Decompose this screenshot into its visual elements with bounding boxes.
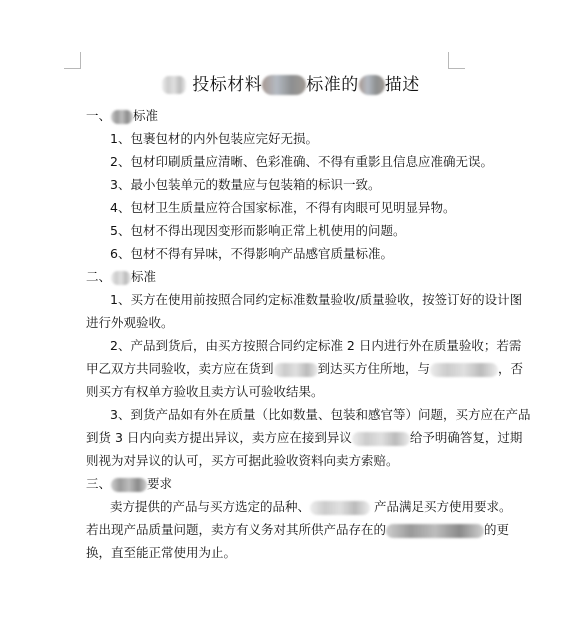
heading-prefix: 一、 bbox=[86, 108, 111, 123]
redacted-text bbox=[262, 75, 306, 95]
list-item: 1、包裹包材的内外包装应完好无损。 bbox=[86, 127, 496, 150]
paragraph-line: 3、到货产品如有外在质量（比如数量、包装和感官等）问题，买方应在产品 bbox=[86, 403, 496, 426]
paragraph-line: 进行外观验收。 bbox=[86, 311, 496, 334]
text-part: 的更 bbox=[484, 522, 509, 537]
redacted-text bbox=[111, 478, 147, 492]
paragraph-line: 甲乙双方共同验收，卖方应在货到到达买方住所地，与，否 bbox=[86, 357, 496, 380]
text-part: 到货 3 日内向卖方提出异议，卖方应在接到异议 bbox=[86, 430, 352, 445]
heading-suffix: 标准 bbox=[133, 108, 158, 123]
redacted-text bbox=[162, 76, 186, 94]
heading-suffix: 要求 bbox=[147, 476, 172, 491]
list-item: 3、最小包装单元的数量应与包装箱的标识一致。 bbox=[86, 173, 496, 196]
text-part: 若出现产品质量问题，卖方有义务对其所供产品存在的 bbox=[86, 522, 386, 537]
document-title: 投标材料标准的描述 bbox=[86, 70, 496, 100]
section-heading-1: 一、标准 bbox=[86, 104, 496, 127]
redacted-text bbox=[310, 501, 370, 515]
text-part: 给予明确答复，过期 bbox=[410, 430, 523, 445]
title-part: 投标材料 bbox=[192, 75, 262, 95]
text-part: 卖方提供的产品与买方选定的品种、 bbox=[110, 499, 310, 514]
redacted-text bbox=[274, 363, 318, 377]
paragraph-line: 则买方有权单方验收且卖方认可验收结果。 bbox=[86, 380, 496, 403]
section-heading-2: 二、标准 bbox=[86, 265, 496, 288]
paragraph-line: 则视为对异议的认可，买方可据此验收资料向卖方索赔。 bbox=[86, 449, 496, 472]
text-part: ，否 bbox=[498, 361, 523, 376]
redacted-text bbox=[359, 75, 385, 95]
heading-prefix: 三、 bbox=[86, 476, 111, 491]
paragraph-line: 到货 3 日内向卖方提出异议，卖方应在接到异议给予明确答复，过期 bbox=[86, 426, 496, 449]
heading-prefix: 二、 bbox=[86, 269, 111, 284]
title-part: 描述 bbox=[385, 75, 420, 95]
redacted-text bbox=[111, 110, 133, 124]
text-part: 到达买方住所地，与 bbox=[318, 361, 431, 376]
redacted-text bbox=[430, 363, 498, 377]
title-part: 标准的 bbox=[306, 75, 359, 95]
paragraph-line: 若出现产品质量问题，卖方有义务对其所供产品存在的的更 bbox=[86, 518, 496, 541]
heading-suffix: 标准 bbox=[131, 269, 156, 284]
page-corner-mark-left bbox=[64, 52, 81, 69]
list-item: 2、包材印刷质量应清晰、色彩准确、不得有重影且信息应准确无误。 bbox=[86, 150, 496, 173]
redacted-text bbox=[386, 524, 484, 538]
redacted-text bbox=[352, 432, 410, 446]
list-item: 5、包材不得出现因变形而影响正常上机使用的问题。 bbox=[86, 219, 496, 242]
list-item: 4、包材卫生质量应符合国家标准，不得有肉眼可见明显异物。 bbox=[86, 196, 496, 219]
text-part: 甲乙双方共同验收，卖方应在货到 bbox=[86, 361, 274, 376]
paragraph-line: 卖方提供的产品与买方选定的品种、 产品满足买方使用要求。 bbox=[86, 495, 496, 518]
redacted-text bbox=[111, 271, 131, 285]
paragraph-line: 1、买方在使用前按照合同约定标准数量验收/质量验收，按签订好的设计图 bbox=[86, 288, 496, 311]
paragraph-line: 2、产品到货后，由买方按照合同约定标准 2 日内进行外在质量验收；若需 bbox=[86, 334, 496, 357]
page-corner-mark-right bbox=[448, 52, 465, 69]
list-item: 6、包材不得有异味，不得影响产品感官质量标准。 bbox=[86, 242, 496, 265]
section-heading-3: 三、要求 bbox=[86, 472, 496, 495]
paragraph-line: 换，直至能正常使用为止。 bbox=[86, 541, 496, 564]
document-page: 投标材料标准的描述 一、标准 1、包裹包材的内外包装应完好无损。 2、包材印刷质… bbox=[86, 70, 496, 564]
text-part: 产品满足买方使用要求。 bbox=[374, 499, 512, 514]
